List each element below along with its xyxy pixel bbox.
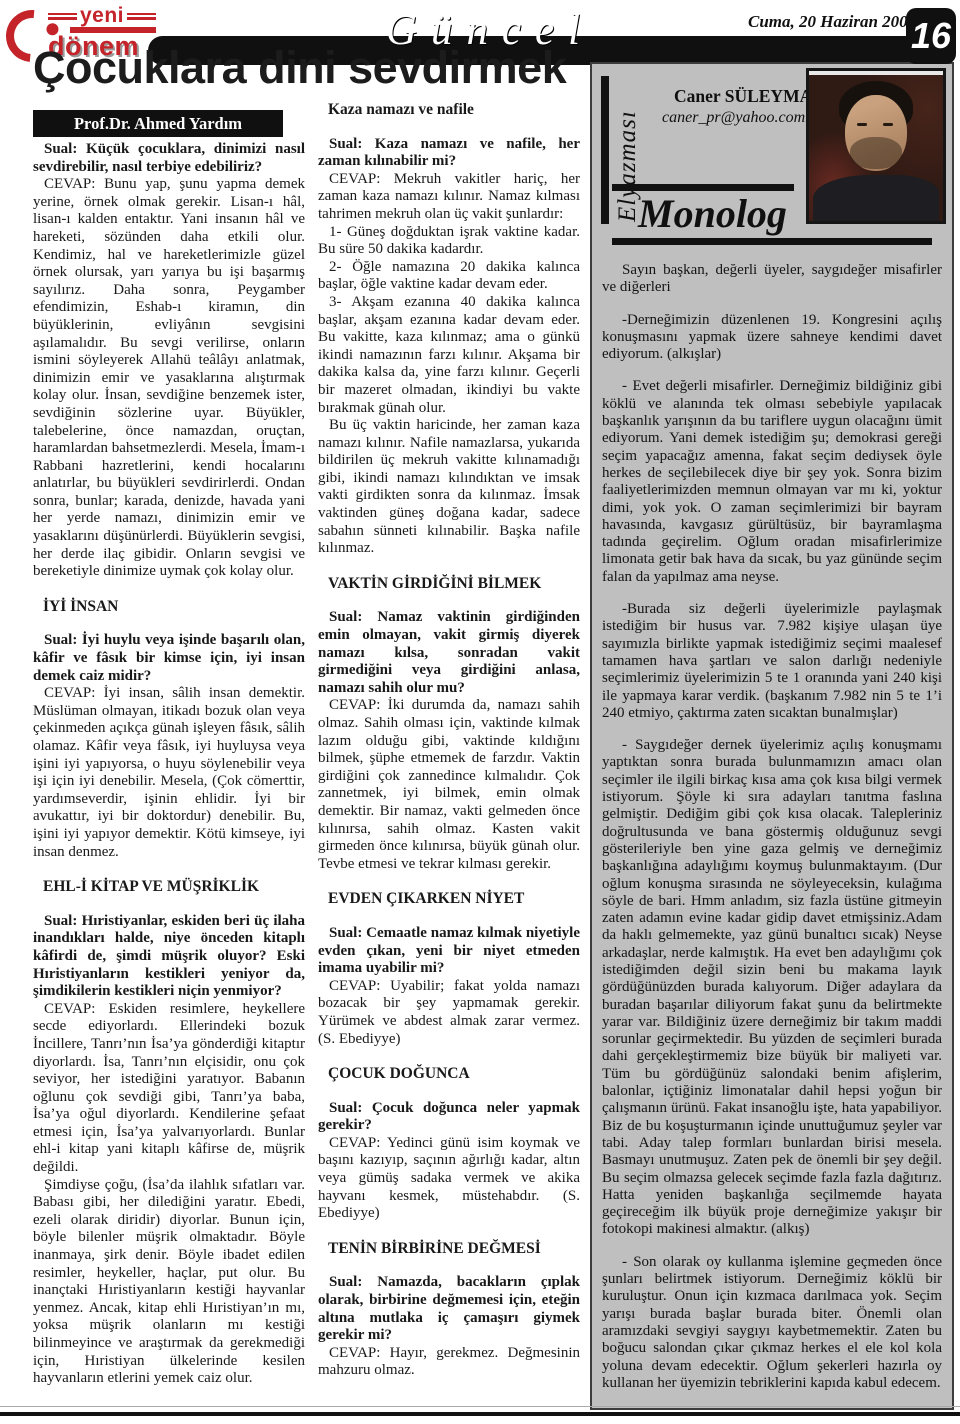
paragraph: -Derneğimizin düzenlenen 19. Kongresini … [602, 312, 942, 364]
paragraph: - Saygıdeğer dernek üyelerimiz açılış ko… [602, 737, 942, 1239]
column-2-blocks: Kaza namazı ve nafileSual: Kaza namazı v… [318, 101, 580, 1380]
photo-eye-shape [857, 123, 867, 126]
paragraph: Sual: Cemaatle namaz kılmak niyetiyle ev… [318, 925, 580, 978]
paragraph: Şimdiyse çoğu, (İsa’da ilahlık sıfatları… [33, 1177, 305, 1388]
photo-highlight [809, 71, 943, 75]
columnist-name: Caner SÜLEYMAN [674, 86, 825, 107]
paragraph: CEVAP: İyi insan, sâlih insan demektir. … [33, 685, 305, 861]
elyazmasi-box: Elyazması Caner SÜLEYMAN caner_pr@yahoo.… [590, 62, 954, 1410]
paragraph: -Burada siz değerli üyelerimizle paylaşm… [602, 601, 942, 722]
paragraph: Sual: İyi huylu veya işinde başarılı ola… [33, 632, 305, 685]
article-column-2: Kaza namazı ve nafileSual: Kaza namazı v… [318, 101, 580, 1406]
paragraph: - Evet değerli misafirler. Derneğimiz bi… [602, 378, 942, 586]
columnist-photo [806, 68, 946, 224]
paragraph: Kaza namazı ve nafile [318, 101, 580, 119]
paragraph: CEVAP: Eskiden resimlere, heykellere sec… [33, 1001, 305, 1177]
columnist-email: caner_pr@yahoo.com.tr [662, 109, 820, 127]
paragraph: Sual: Kaza namazı ve nafile, her zaman k… [318, 136, 580, 171]
section-title: Güncel [330, 2, 650, 60]
column-title: Monolog [638, 190, 787, 237]
footer-rule [0, 1406, 960, 1418]
paragraph: CEVAP: Mekruh vakitler hariç, her zaman … [318, 171, 580, 224]
paragraph: CEVAP: İki durumda da, namazı sahih olma… [318, 697, 580, 873]
page-number-badge: 16 [906, 8, 956, 64]
paragraph: ÇOCUK DOĞUNCA [318, 1065, 580, 1083]
paragraph: 2- Öğle namazına 20 dakika kalınca başla… [318, 259, 580, 294]
paragraph: Sual: Hıristiyanlar, eskiden beri üç ila… [33, 913, 305, 1001]
paragraph: - Son olarak oy kullanma işlemine geçmed… [602, 1254, 942, 1392]
paragraph: 1- Güneş doğduktan işrak vaktine kadar. … [318, 224, 580, 259]
paragraph: 3- Akşam ezanına 40 dakika kalınca başla… [318, 294, 580, 417]
issue-date: Cuma, 20 Haziran 2008 [748, 12, 916, 32]
logo-stripe-right [127, 13, 156, 20]
paragraph: VAKTİN GİRDİĞİNİ BİLMEK [318, 575, 580, 593]
logo-stripe-left [48, 13, 77, 20]
column-1-blocks: Sual: Küçük çocuklara, dinimizi nasıl se… [33, 141, 305, 1388]
paragraph: Bu üç vaktin haricinde, her zaman kaza n… [318, 417, 580, 558]
paragraph: İYİ İNSAN [33, 598, 305, 616]
newspaper-page: yeni dönem Güncel Cuma, 20 Haziran 2008 … [0, 0, 960, 1424]
paragraph: Sual: Namaz vaktinin girdiğinden emin ol… [318, 609, 580, 697]
column-body: Sayın başkan, değerli üyeler, saygıdeğer… [592, 246, 952, 1392]
paragraph: Sual: Küçük çocuklara, dinimizi nasıl se… [33, 141, 305, 176]
paragraph: Sual: Çocuk doğunca neler yapmak gerekir… [318, 1100, 580, 1135]
photo-beard-shape [850, 137, 902, 169]
paragraph: CEVAP: Hayır, gerekmez. Değmesinin mahzu… [318, 1345, 580, 1380]
photo-eye-shape [883, 123, 893, 126]
title-rule-bottom [612, 238, 932, 245]
paragraph: CEVAP: Bunu yap, şunu yapma demek yerine… [33, 176, 305, 581]
photo-shoulders-shape [813, 175, 939, 224]
article-column-1: Prof.Dr. Ahmed Yardım Sual: Küçük çocukl… [33, 110, 305, 1406]
paragraph: TENİN BİRBİRİNE DEĞMESİ [318, 1240, 580, 1258]
paragraph: Sayın başkan, değerli üyeler, saygıdeğer… [602, 262, 942, 297]
author-bar: Prof.Dr. Ahmed Yardım [33, 110, 283, 137]
paragraph: EHL-İ KİTAP VE MÜŞRİKLİK [33, 878, 305, 896]
paragraph: EVDEN ÇIKARKEN NİYET [318, 890, 580, 908]
rubric-bar [601, 76, 609, 224]
logo-line1: yeni [80, 6, 124, 26]
elyazmasi-header: Elyazması Caner SÜLEYMAN caner_pr@yahoo.… [592, 64, 952, 246]
paragraph: CEVAP: Yedinci günü isim koymak ve başın… [318, 1135, 580, 1223]
paragraph: CEVAP: Uyabilir; fakat yolda namazı boza… [318, 978, 580, 1048]
paragraph: Sual: Namazda, bacakların çıplak olarak,… [318, 1274, 580, 1344]
